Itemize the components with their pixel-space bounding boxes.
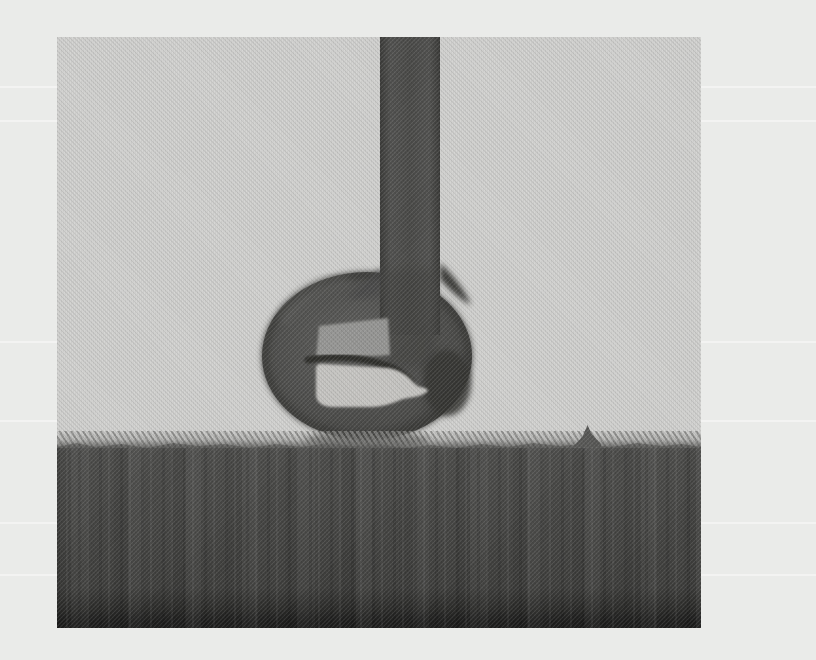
substrate-surface <box>57 442 701 628</box>
needle-shadow-in-droplet <box>384 269 436 369</box>
contact-angle-photograph <box>57 37 701 628</box>
scanned-page <box>0 0 816 660</box>
droplet-dark-pocket <box>423 350 471 416</box>
